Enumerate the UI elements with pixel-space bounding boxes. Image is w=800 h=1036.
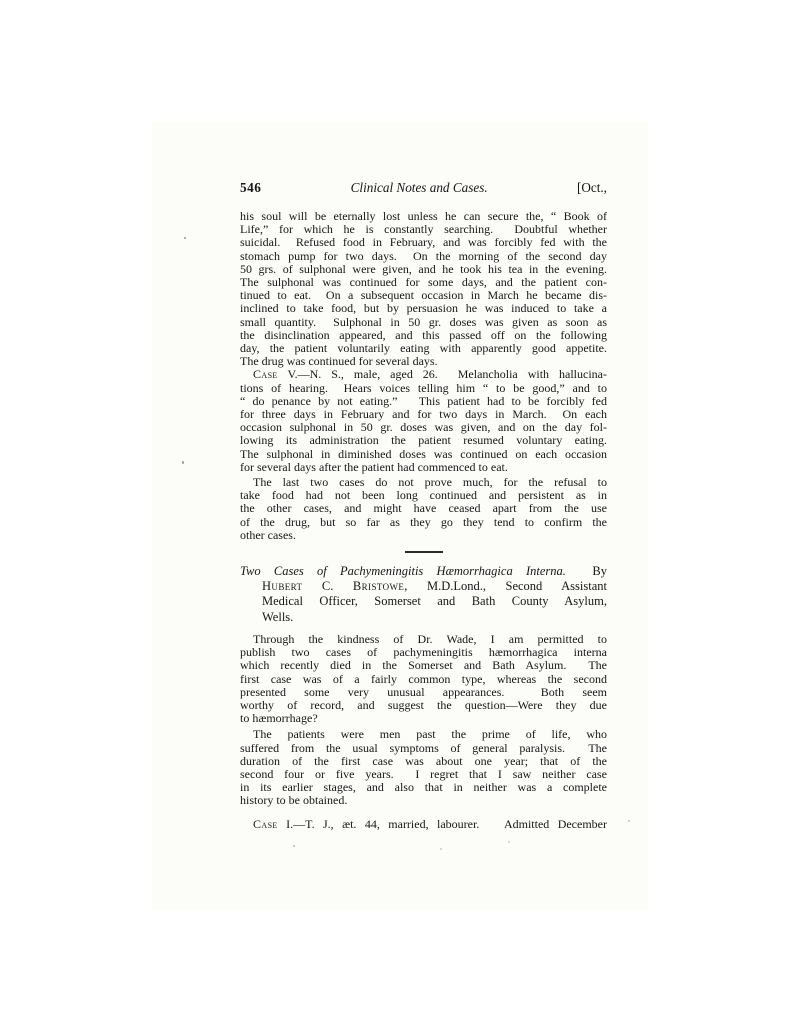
body-text: 50 grs. of sulphonal were given, and he … [240, 262, 607, 276]
body-text: V.—N. S., male, aged 26. Melancholia wit… [278, 367, 607, 381]
body-text: stomach pump for two days. On the mornin… [240, 249, 607, 263]
text-line: Two Cases of Pachymeningitis Hæmorrhagic… [240, 564, 607, 579]
text-line: other cases. [240, 529, 607, 542]
small-caps-text: Case [253, 367, 278, 381]
text-line: Wells. [240, 610, 607, 625]
body-text: for three days in February and for two d… [240, 407, 607, 421]
body-text: lowing its administration the patient re… [240, 433, 607, 447]
body-text: Life,” for which he is constantly search… [240, 222, 607, 236]
body-text: The sulphonal in diminished doses was co… [240, 447, 607, 461]
body-text: his soul will be eternally lost unless h… [240, 209, 607, 223]
body-text: Through the kindness of Dr. Wade, I am p… [253, 632, 607, 646]
body-text: worthy of record, and suggest the questi… [240, 698, 607, 712]
body-text: suffered from the usual symptoms of gene… [240, 741, 607, 755]
body-text: to hæmorrhage? [240, 711, 318, 725]
body-text: for several days after the patient had c… [240, 460, 508, 474]
body-text: the disinclination appeared, and this pa… [240, 328, 607, 342]
body-text: The sulphonal was continued for some day… [240, 275, 607, 289]
scan-speck-artifact [184, 237, 186, 239]
body-text: The drug was continued for several days. [240, 354, 438, 368]
paragraph-conclusion: The last two cases do not prove much, fo… [240, 476, 607, 542]
text-column: 546 Clinical Notes and Cases. [Oct., his… [240, 180, 607, 831]
body-text: , M.D.Lond., Second Assistant [404, 579, 607, 593]
body-text: I.—T. J., æt. 44, married, labourer. Adm… [278, 817, 607, 831]
body-text: first case was of a fairly common type, … [240, 672, 607, 686]
scan-speck-artifact [182, 461, 184, 464]
body-text: suicidal. Refused food in February, and … [240, 235, 607, 249]
body-text: The last two cases do not prove much, fo… [253, 475, 607, 489]
body-text: in its earlier stages, and also that in … [240, 780, 607, 794]
body-text: the other cases, and might have ceased a… [240, 501, 607, 515]
page-number: 546 [240, 180, 261, 196]
text-line: to hæmorrhage? [240, 712, 607, 725]
scan-speck-artifact [293, 845, 295, 847]
scan-speck-artifact [440, 848, 442, 850]
small-caps-text: Bristowe [353, 579, 404, 593]
paragraph-patients: The patients were men past the prime of … [240, 728, 607, 807]
body-text: C. [302, 579, 353, 593]
paragraph-case-v: Case V.—N. S., male, aged 26. Melancholi… [240, 368, 607, 474]
text-line: Medical Officer, Somerset and Bath Count… [240, 594, 607, 609]
body-text: day, the patient voluntarily eating with… [240, 341, 607, 355]
issue-date: [Oct., [577, 180, 607, 196]
journal-page-scan: 546 Clinical Notes and Cases. [Oct., his… [152, 122, 648, 910]
paragraph-intro: Through the kindness of Dr. Wade, I am p… [240, 633, 607, 725]
scan-speck-artifact [508, 841, 510, 843]
body-text: duration of the first case was about one… [240, 754, 607, 768]
body-text: take food had not been long continued an… [240, 488, 607, 502]
section-divider-rule [405, 551, 443, 553]
paragraph-sulphonal-continuation: his soul will be eternally lost unless h… [240, 210, 607, 368]
body-text: “ do penance by not eating.” This patien… [240, 394, 607, 408]
paragraph-case-i: Case I.—T. J., æt. 44, married, labourer… [240, 818, 607, 831]
running-title: Clinical Notes and Cases. [351, 180, 488, 196]
body-text: presented some very unusual appearances.… [240, 685, 607, 699]
body-text: tions of hearing. Hears voices telling h… [240, 381, 607, 395]
text-line: Hubert C. Bristowe, M.D.Lond., Second As… [240, 579, 607, 594]
body-text: Wells. [262, 610, 293, 624]
small-caps-text: Case [253, 817, 278, 831]
text-line: Case I.—T. J., æt. 44, married, labourer… [240, 818, 607, 831]
body-text: tinued to eat. On a subsequent occasion … [240, 288, 607, 302]
body-text: of the drug, but so far as they go they … [240, 515, 607, 529]
body-text: history to be obtained. [240, 793, 347, 807]
small-caps-text: Hubert [262, 579, 302, 593]
body-text: inclined to take food, but by persuasion… [240, 301, 607, 315]
body-text: occasion sulphonal in 50 gr. doses was g… [240, 420, 607, 434]
scan-speck-artifact [628, 820, 630, 822]
italic-text: Two Cases of Pachymeningitis Hæmorrhagic… [240, 564, 566, 578]
body-text: Medical Officer, Somerset and Bath Count… [262, 594, 607, 608]
text-line: history to be obtained. [240, 794, 607, 807]
body-text: small quantity. Sulphonal in 50 gr. dose… [240, 315, 607, 329]
body-text: second four or five years. I regret that… [240, 767, 607, 781]
running-header: 546 Clinical Notes and Cases. [Oct., [240, 180, 607, 196]
body-text: which recently died in the Somerset and … [240, 658, 607, 672]
body-text: publish two cases of pachymeningitis hæm… [240, 645, 607, 659]
text-line: for several days after the patient had c… [240, 461, 607, 474]
body-text: The patients were men past the prime of … [253, 727, 607, 741]
body-text: other cases. [240, 528, 296, 542]
body-text: By [566, 564, 607, 578]
article-title-block: Two Cases of Pachymeningitis Hæmorrhagic… [240, 564, 607, 625]
